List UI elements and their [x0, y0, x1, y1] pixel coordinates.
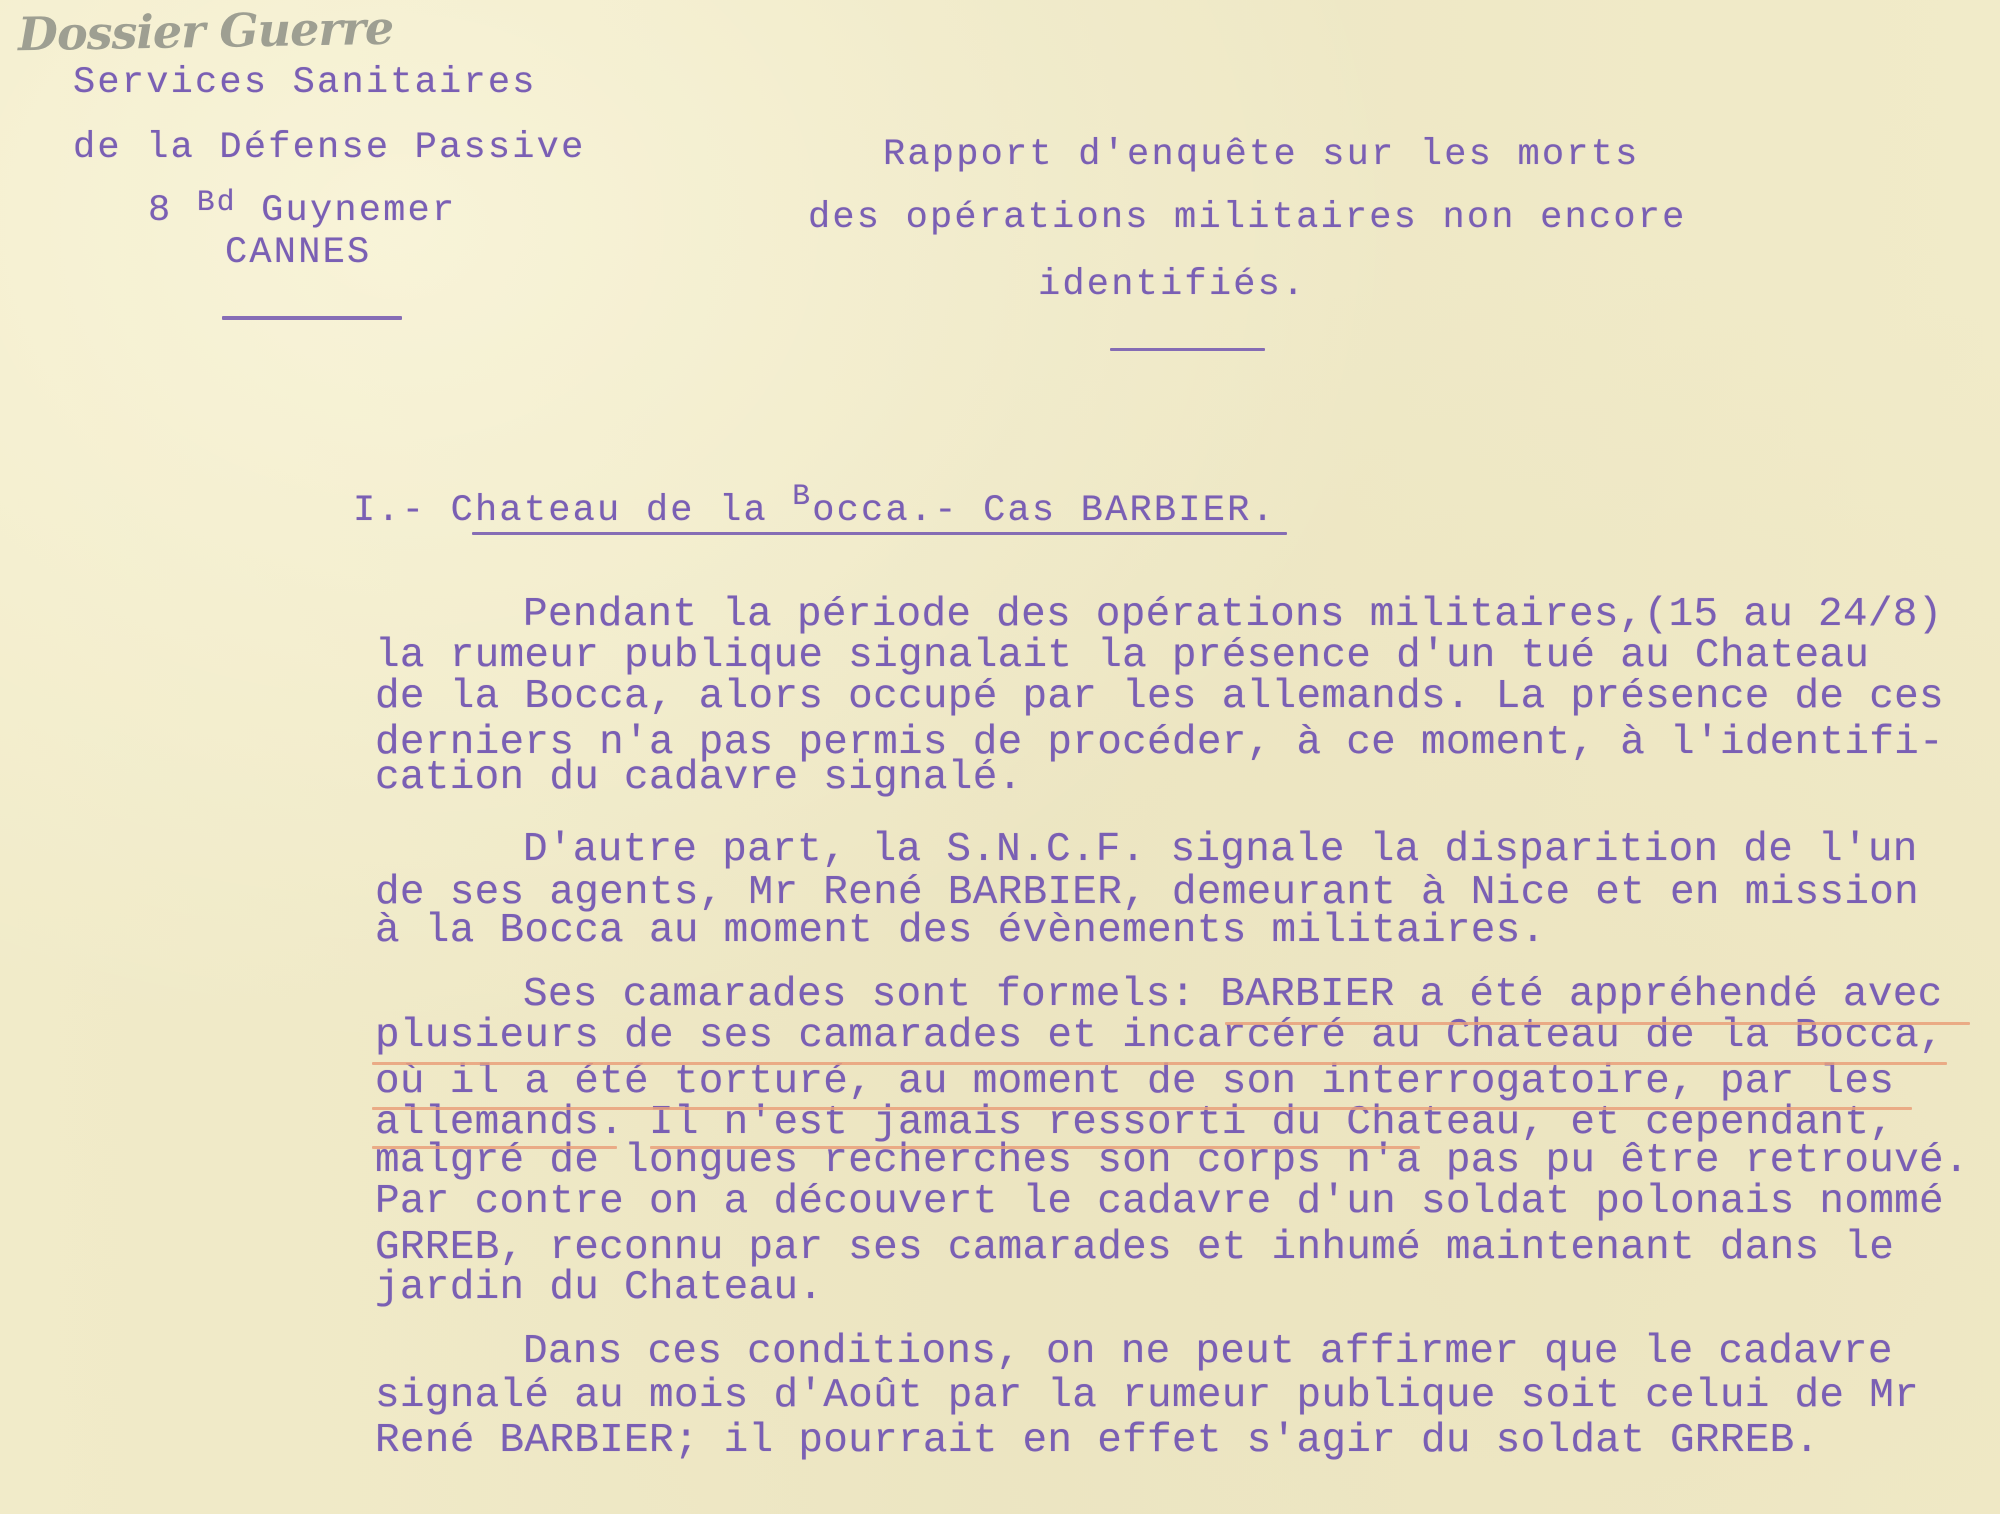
- paragraph-line: signalé au mois d'Août par la rumeur pub…: [375, 1376, 1919, 1417]
- section-number: I.-: [353, 490, 451, 532]
- letterhead-line-2: de la Défense Passive: [73, 128, 585, 169]
- paragraph-line: jardin du Chateau.: [375, 1268, 823, 1309]
- section-heading-underline: [472, 532, 1287, 535]
- letterhead-city: CANNES: [225, 233, 371, 274]
- pencil-underline: [372, 1107, 1912, 1110]
- paragraph-line: à la Bocca au moment des évènements mili…: [375, 911, 1546, 952]
- letterhead-divider: [222, 316, 402, 320]
- scanned-document-page: Dossier Guerre Services Sanitaires de la…: [0, 0, 2000, 1514]
- section-title-part-2: occa.- Cas BARBIER.: [812, 490, 1276, 532]
- street-number: 8: [148, 190, 172, 232]
- title-line-1: Rapport d'enquête sur les morts: [883, 135, 1640, 176]
- handwritten-note: Dossier Guerre: [18, 1, 394, 62]
- paragraph-line: Par contre on a découvert le cadavre d'u…: [375, 1182, 1944, 1223]
- paragraph-line: René BARBIER; il pourrait en effet s'agi…: [375, 1421, 1819, 1462]
- title-divider: [1110, 348, 1265, 351]
- paragraph-line: cation du cadavre signalé.: [375, 758, 1023, 799]
- pencil-underline: [650, 1146, 1420, 1149]
- paragraph-line: de la Bocca, alors occupé par les allema…: [375, 677, 1944, 718]
- section-title-superscript: B: [792, 479, 812, 513]
- pencil-underline: [1225, 1022, 1970, 1025]
- pencil-underline: [372, 1062, 1947, 1065]
- paragraph-line: D'autre part, la S.N.C.F. signale la dis…: [523, 830, 1918, 871]
- paragraph-line: Ses camarades sont formels: BARBIER a ét…: [523, 975, 1943, 1016]
- paragraph-line: la rumeur publique signalait la présence…: [375, 636, 1869, 677]
- paragraph-line: Pendant la période des opérations milita…: [523, 595, 1943, 636]
- title-line-3: identifiés.: [1038, 265, 1306, 306]
- section-heading: I.- Chateau de la Bocca.- Cas BARBIER.: [353, 491, 1276, 533]
- section-title-part-1: Chateau de la: [451, 490, 793, 532]
- title-line-2: des opérations militaires non encore: [808, 198, 1687, 239]
- pencil-underline: [372, 1146, 617, 1149]
- paragraph-line: GRREB, reconnu par ses camarades et inhu…: [375, 1228, 1894, 1269]
- letterhead-line-3: 8 Bd Guynemer: [148, 191, 456, 233]
- street-abbr: Bd: [197, 185, 237, 219]
- street-name: Guynemer: [261, 190, 456, 232]
- letterhead-line-1: Services Sanitaires: [73, 63, 537, 104]
- paragraph-line: Dans ces conditions, on ne peut affirmer…: [523, 1332, 1893, 1373]
- paragraph-line: où il a été torturé, au moment de son in…: [375, 1062, 1894, 1103]
